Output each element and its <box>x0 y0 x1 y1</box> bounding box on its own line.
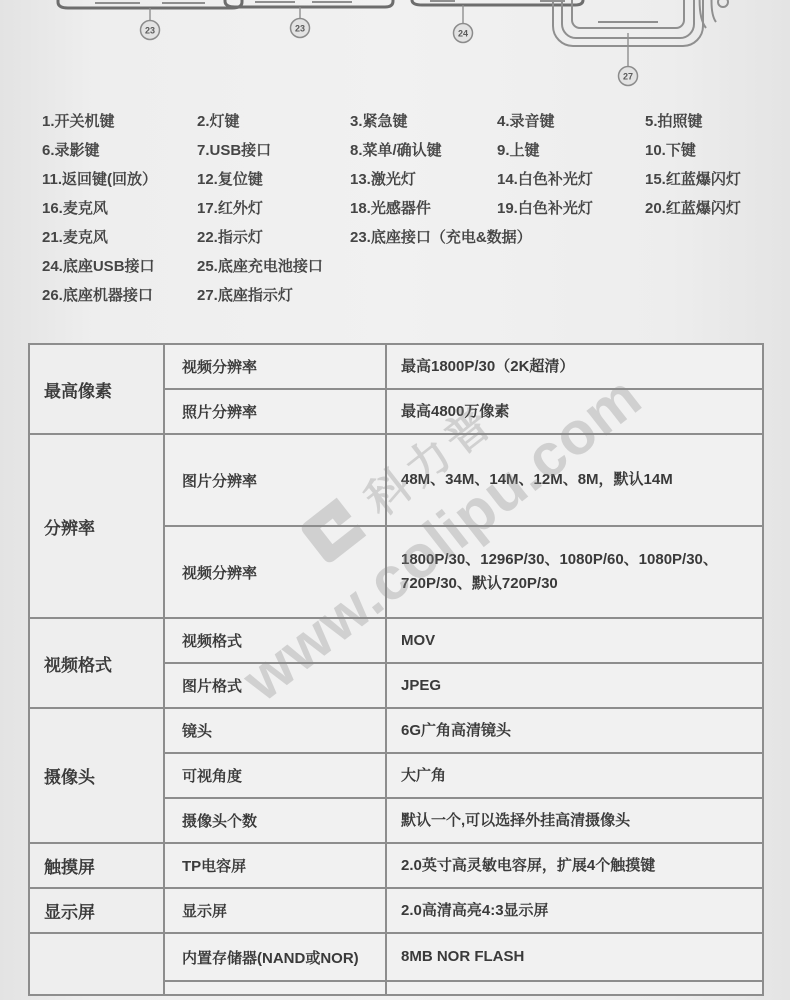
parts-row: 1.开关机键 2.灯键 3.紧急键 4.录音键 5.拍照键 <box>0 106 790 135</box>
parts-row: 6.录影键 7.USB接口 8.菜单/确认键 9.上键 10.下键 <box>0 135 790 164</box>
spec-group-label: 触摸屏 <box>29 843 164 888</box>
part-label: 6.录影键 <box>42 139 197 160</box>
part-label: 16.麦克风 <box>42 197 197 218</box>
part-label: 25.底座充电池接口 <box>197 255 350 276</box>
spec-name: 照片分辨率 <box>164 389 386 434</box>
parts-row: 26.底座机器接口 27.底座指示灯 <box>0 280 790 309</box>
device-outlines-svg: 23 23 24 27 <box>0 0 790 100</box>
table-row: 视频格式 视频格式 MOV <box>29 618 763 663</box>
spec-name: 视频格式 <box>164 618 386 663</box>
callout-number-4: 27 <box>623 72 633 82</box>
part-label: 18.光感器件 <box>350 197 497 218</box>
parts-row: 24.底座USB接口 25.底座充电池接口 <box>0 251 790 280</box>
device5-detail-circle <box>718 0 728 7</box>
spec-name <box>164 981 386 995</box>
device2-bottom-outline <box>225 0 393 7</box>
spec-value: 大广角 <box>386 753 763 798</box>
product-spec-page: 23 23 24 27 <box>0 0 790 1000</box>
part-label: 10.下键 <box>645 139 790 160</box>
device-callout-diagram: 23 23 24 27 <box>0 0 790 100</box>
spec-name: 内置存储器(NAND或NOR) <box>164 933 386 981</box>
table-row: 显示屏 显示屏 2.0高清高亮4:3显示屏 <box>29 888 763 933</box>
spec-value: 2.0高清高亮4:3显示屏 <box>386 888 763 933</box>
spec-group-label: 摄像头 <box>29 708 164 843</box>
spec-group-label: 显示屏 <box>29 888 164 933</box>
parts-row: 21.麦克风 22.指示灯 23.底座接口（充电&数据） <box>0 222 790 251</box>
part-label: 1.开关机键 <box>42 110 197 131</box>
spec-value: 2.0英寸高灵敏电容屏，扩展4个触摸键 <box>386 843 763 888</box>
part-label: 5.拍照键 <box>645 110 790 131</box>
part-label: 17.红外灯 <box>197 197 350 218</box>
part-label: 22.指示灯 <box>197 226 350 247</box>
dock-connector-pins <box>598 22 658 28</box>
part-label: 27.底座指示灯 <box>197 284 350 305</box>
spec-name: TP电容屏 <box>164 843 386 888</box>
part-label: 13.激光灯 <box>350 168 497 189</box>
part-label: 21.麦克风 <box>42 226 197 247</box>
part-label: 11.返回键(回放） <box>42 168 197 189</box>
table-row: 内置存储器(NAND或NOR) 8MB NOR FLASH <box>29 933 763 981</box>
table-row: 最高像素 视频分辨率 最高1800P/30（2K超清） <box>29 344 763 389</box>
spec-group-label: 最高像素 <box>29 344 164 434</box>
spec-name: 视频分辨率 <box>164 526 386 618</box>
spec-value <box>386 981 763 995</box>
spec-table-wrap: 最高像素 视频分辨率 最高1800P/30（2K超清） 照片分辨率 最高4800… <box>28 343 764 996</box>
parts-legend: 1.开关机键 2.灯键 3.紧急键 4.录音键 5.拍照键 6.录影键 7.US… <box>0 106 790 309</box>
spec-name: 图片格式 <box>164 663 386 708</box>
dock-mid-outline <box>562 0 694 38</box>
table-row: 触摸屏 TP电容屏 2.0英寸高灵敏电容屏，扩展4个触摸键 <box>29 843 763 888</box>
part-label: 19.白色补光灯 <box>497 197 645 218</box>
part-label: 8.菜单/确认键 <box>350 139 497 160</box>
spec-group-label: 分辨率 <box>29 434 164 618</box>
device1-bottom-outline <box>58 0 242 8</box>
part-label: 3.紧急键 <box>350 110 497 131</box>
part-label: 9.上键 <box>497 139 645 160</box>
spec-name: 图片分辨率 <box>164 434 386 526</box>
spec-name: 可视角度 <box>164 753 386 798</box>
part-label: 24.底座USB接口 <box>42 255 197 276</box>
part-label: 15.红蓝爆闪灯 <box>645 168 790 189</box>
spec-name: 视频分辨率 <box>164 344 386 389</box>
callout-number-2: 23 <box>295 24 305 34</box>
spec-value: 最高1800P/30（2K超清） <box>386 344 763 389</box>
spec-group-label <box>29 933 164 995</box>
parts-row: 11.返回键(回放） 12.复位键 13.激光灯 14.白色补光灯 15.红蓝爆… <box>0 164 790 193</box>
spec-value: 最高4800万像素 <box>386 389 763 434</box>
part-label: 26.底座机器接口 <box>42 284 197 305</box>
spec-value: 48M、34M、14M、12M、8M，默认14M <box>386 434 763 526</box>
part-label: 4.录音键 <box>497 110 645 131</box>
spec-value: JPEG <box>386 663 763 708</box>
spec-value: 8MB NOR FLASH <box>386 933 763 981</box>
part-label: 2.灯键 <box>197 110 350 131</box>
part-label: 14.白色补光灯 <box>497 168 645 189</box>
parts-row: 16.麦克风 17.红外灯 18.光感器件 19.白色补光灯 20.红蓝爆闪灯 <box>0 193 790 222</box>
part-label: 7.USB接口 <box>197 139 350 160</box>
part-label: 12.复位键 <box>197 168 350 189</box>
spec-name: 显示屏 <box>164 888 386 933</box>
spec-value: 6G广角高清镜头 <box>386 708 763 753</box>
spec-value: MOV <box>386 618 763 663</box>
callout-number-1: 23 <box>145 26 155 36</box>
callout-number-3: 24 <box>458 29 468 39</box>
part-label: 23.底座接口（充电&数据） <box>350 226 497 247</box>
spec-table: 最高像素 视频分辨率 最高1800P/30（2K超清） 照片分辨率 最高4800… <box>28 343 764 996</box>
spec-name: 摄像头个数 <box>164 798 386 843</box>
spec-group-label: 视频格式 <box>29 618 164 708</box>
spec-name: 镜头 <box>164 708 386 753</box>
table-row: 摄像头 镜头 6G广角高清镜头 <box>29 708 763 753</box>
dock-inner-outline <box>572 0 684 28</box>
part-label: 20.红蓝爆闪灯 <box>645 197 790 218</box>
table-row: 分辨率 图片分辨率 48M、34M、14M、12M、8M，默认14M <box>29 434 763 526</box>
spec-value: 1800P/30、1296P/30、1080P/60、1080P/30、720P… <box>386 526 763 618</box>
spec-value: 默认一个,可以选择外挂高清摄像头 <box>386 798 763 843</box>
